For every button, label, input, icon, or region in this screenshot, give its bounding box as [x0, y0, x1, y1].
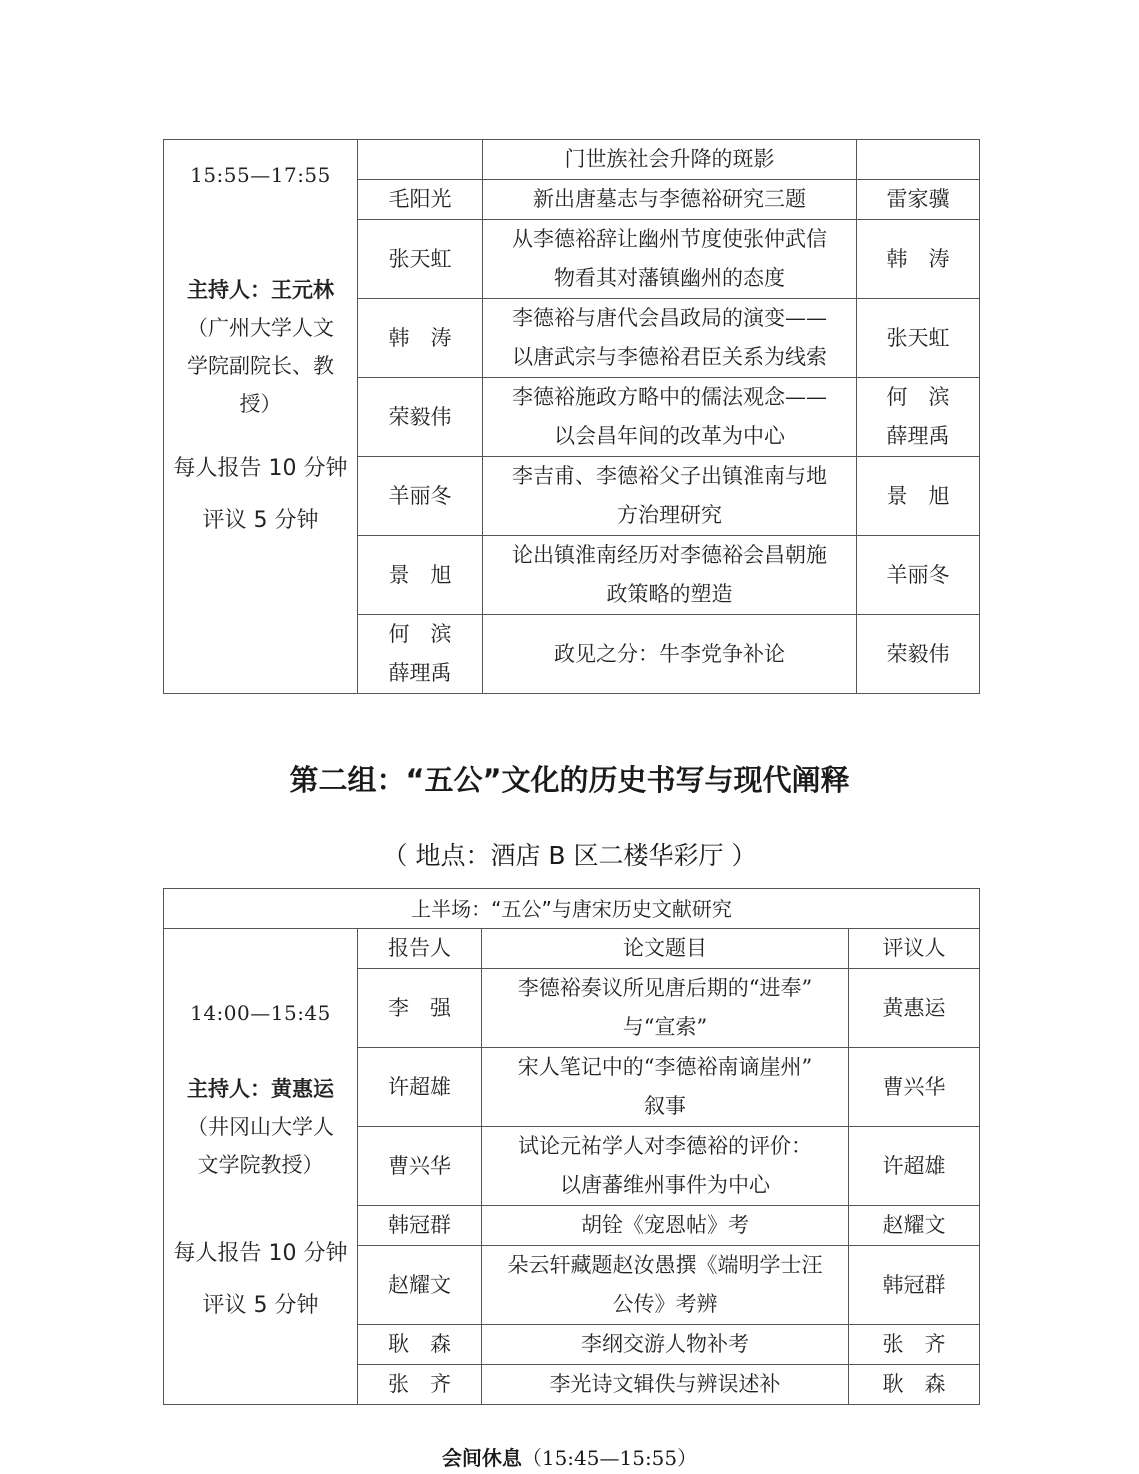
- discussant-cell: 雷家骥: [857, 180, 980, 220]
- paper-title-line: 李德裕施政方略中的儒法观念——: [489, 378, 850, 417]
- break-label: 会间休息: [442, 1446, 522, 1470]
- paper-title-cell: 门世族社会升降的斑影: [483, 140, 857, 180]
- presenter-cell: 曹兴华: [358, 1127, 482, 1206]
- presenter-cell: 李 强: [358, 969, 482, 1048]
- host-affiliation-line: （井冈山大学人: [170, 1108, 351, 1146]
- comment-duration-rule: 评议 5 分钟: [170, 495, 351, 547]
- paper-title-line: 宋人笔记中的“李德裕南谪崖州”: [488, 1048, 842, 1087]
- discussant-name: 薛理禹: [863, 417, 973, 456]
- host-label: 主持人：黄惠运: [170, 1070, 351, 1108]
- presenter-cell: 张 齐: [358, 1365, 482, 1405]
- presenter-cell: 景 旭: [358, 536, 483, 615]
- group-location: （ 地点：酒店 B 区二楼华彩厅 ）: [0, 836, 1139, 872]
- paper-title-cell: 朵云轩藏题赵汝愚撰《端明学士汪 公传》考辨: [482, 1246, 849, 1325]
- host-affiliation-line: 学院副院长、教: [170, 347, 351, 385]
- host-affiliation-line: 授）: [170, 385, 351, 423]
- header-discussant: 评议人: [849, 929, 980, 969]
- paper-title-cell: 李德裕奏议所见唐后期的“进奉” 与“宣索”: [482, 969, 849, 1048]
- discussant-cell: 韩 涛: [857, 220, 980, 299]
- host-affiliation-line: （广州大学人文: [170, 309, 351, 347]
- paper-title-line: 李吉甫、李德裕父子出镇淮南与地: [489, 457, 850, 496]
- paper-title-line: 叙事: [488, 1087, 842, 1126]
- section-title: 上半场：“五公”与唐宋历史文献研究: [164, 889, 980, 929]
- discussant-cell: 张天虹: [857, 299, 980, 378]
- discussant-cell: [857, 140, 980, 180]
- report-duration-rule: 每人报告 10 分钟: [170, 443, 351, 495]
- session-time: 15:55—17:55: [170, 156, 351, 194]
- paper-title-cell: 李吉甫、李德裕父子出镇淮南与地 方治理研究: [483, 457, 857, 536]
- discussant-cell: 羊丽冬: [857, 536, 980, 615]
- report-duration-rule: 每人报告 10 分钟: [170, 1228, 351, 1280]
- coffee-break-note: 会间休息（15:45—15:55）: [0, 1442, 1139, 1471]
- paper-title-line: 以会昌年间的改革为中心: [489, 417, 850, 456]
- discussant-cell: 张 齐: [849, 1325, 980, 1365]
- break-time: （15:45—15:55）: [522, 1446, 697, 1470]
- paper-title-line: 方治理研究: [489, 496, 850, 535]
- presenter-cell: 许超雄: [358, 1048, 482, 1127]
- schedule-table-session2: 上半场：“五公”与唐宋历史文献研究 14:00—15:45 主持人：黄惠运 （井…: [163, 888, 980, 1405]
- paper-title-line: 从李德裕辞让幽州节度使张仲武信: [489, 220, 850, 259]
- presenter-cell: 韩冠群: [358, 1206, 482, 1246]
- session-info-cell: 14:00—15:45 主持人：黄惠运 （井冈山大学人 文学院教授） 每人报告 …: [164, 929, 358, 1405]
- paper-title-line: 李德裕奏议所见唐后期的“进奉”: [488, 969, 842, 1008]
- header-paper-title: 论文题目: [482, 929, 849, 969]
- presenter-name: 何 滨: [364, 615, 476, 654]
- paper-title-cell: 李德裕施政方略中的儒法观念—— 以会昌年间的改革为中心: [483, 378, 857, 457]
- paper-title-cell: 试论元祐学人对李德裕的评价： 以唐蕃维州事件为中心: [482, 1127, 849, 1206]
- schedule-table-session1: 15:55—17:55 主持人：王元林 （广州大学人文 学院副院长、教 授） 每…: [163, 139, 980, 694]
- paper-title-cell: 新出唐墓志与李德裕研究三题: [483, 180, 857, 220]
- paper-title-cell: 李纲交游人物补考: [482, 1325, 849, 1365]
- discussant-cell: 景 旭: [857, 457, 980, 536]
- discussant-cell: 荣毅伟: [857, 615, 980, 694]
- paper-title-line: 政见之分：牛李党争补论: [554, 642, 785, 666]
- session-info-cell: 15:55—17:55 主持人：王元林 （广州大学人文 学院副院长、教 授） 每…: [164, 140, 358, 694]
- paper-title-cell: 李光诗文辑佚与辨误述补: [482, 1365, 849, 1405]
- paper-title-line: 与“宣索”: [488, 1008, 842, 1047]
- paper-title-cell: 李德裕与唐代会昌政局的演变—— 以唐武宗与李德裕君臣关系为线索: [483, 299, 857, 378]
- comment-duration-rule: 评议 5 分钟: [170, 1280, 351, 1332]
- paper-title-line: 朵云轩藏题赵汝愚撰《端明学士汪: [488, 1246, 842, 1285]
- paper-title-cell: 政见之分：牛李党争补论: [483, 615, 857, 694]
- paper-title-cell: 从李德裕辞让幽州节度使张仲武信 物看其对藩镇幽州的态度: [483, 220, 857, 299]
- paper-title-cell: 宋人笔记中的“李德裕南谪崖州” 叙事: [482, 1048, 849, 1127]
- presenter-cell: 耿 森: [358, 1325, 482, 1365]
- presenter-cell: 荣毅伟: [358, 378, 483, 457]
- presenter-cell: 羊丽冬: [358, 457, 483, 536]
- paper-title-cell: 胡铨《宠恩帖》考: [482, 1206, 849, 1246]
- presenter-cell: 韩 涛: [358, 299, 483, 378]
- discussant-cell: 耿 森: [849, 1365, 980, 1405]
- paper-title-line: 李德裕与唐代会昌政局的演变——: [489, 299, 850, 338]
- paper-title-line: 政策略的塑造: [489, 575, 850, 614]
- paper-title-line: 试论元祐学人对李德裕的评价：: [488, 1127, 842, 1166]
- discussant-cell: 何 滨 薛理禹: [857, 378, 980, 457]
- paper-title-line: 门世族社会升降的斑影: [565, 147, 775, 171]
- host-label: 主持人：王元林: [170, 271, 351, 309]
- paper-title-line: 李光诗文辑佚与辨误述补: [550, 1372, 781, 1396]
- discussant-name: 何 滨: [863, 378, 973, 417]
- discussant-cell: 赵耀文: [849, 1206, 980, 1246]
- paper-title-line: 公传》考辨: [488, 1285, 842, 1324]
- session-time: 14:00—15:45: [170, 994, 351, 1032]
- paper-title-line: 新出唐墓志与李德裕研究三题: [533, 187, 806, 211]
- group-title: 第二组：“五公”文化的历史书写与现代阐释: [0, 758, 1139, 799]
- discussant-cell: 许超雄: [849, 1127, 980, 1206]
- presenter-cell: 赵耀文: [358, 1246, 482, 1325]
- presenter-cell: 何 滨 薛理禹: [358, 615, 483, 694]
- discussant-cell: 曹兴华: [849, 1048, 980, 1127]
- paper-title-line: 以唐武宗与李德裕君臣关系为线索: [489, 338, 850, 377]
- discussant-cell: 黄惠运: [849, 969, 980, 1048]
- paper-title-line: 李纲交游人物补考: [581, 1332, 749, 1356]
- paper-title-line: 物看其对藩镇幽州的态度: [489, 259, 850, 298]
- presenter-cell: 毛阳光: [358, 180, 483, 220]
- paper-title-line: 论出镇淮南经历对李德裕会昌朝施: [489, 536, 850, 575]
- paper-title-line: 胡铨《宠恩帖》考: [581, 1213, 749, 1237]
- presenter-cell: [358, 140, 483, 180]
- paper-title-cell: 论出镇淮南经历对李德裕会昌朝施 政策略的塑造: [483, 536, 857, 615]
- header-presenter: 报告人: [358, 929, 482, 969]
- host-affiliation-line: 文学院教授）: [170, 1146, 351, 1184]
- discussant-cell: 韩冠群: [849, 1246, 980, 1325]
- presenter-cell: 张天虹: [358, 220, 483, 299]
- presenter-name: 薛理禹: [364, 654, 476, 693]
- paper-title-line: 以唐蕃维州事件为中心: [488, 1166, 842, 1205]
